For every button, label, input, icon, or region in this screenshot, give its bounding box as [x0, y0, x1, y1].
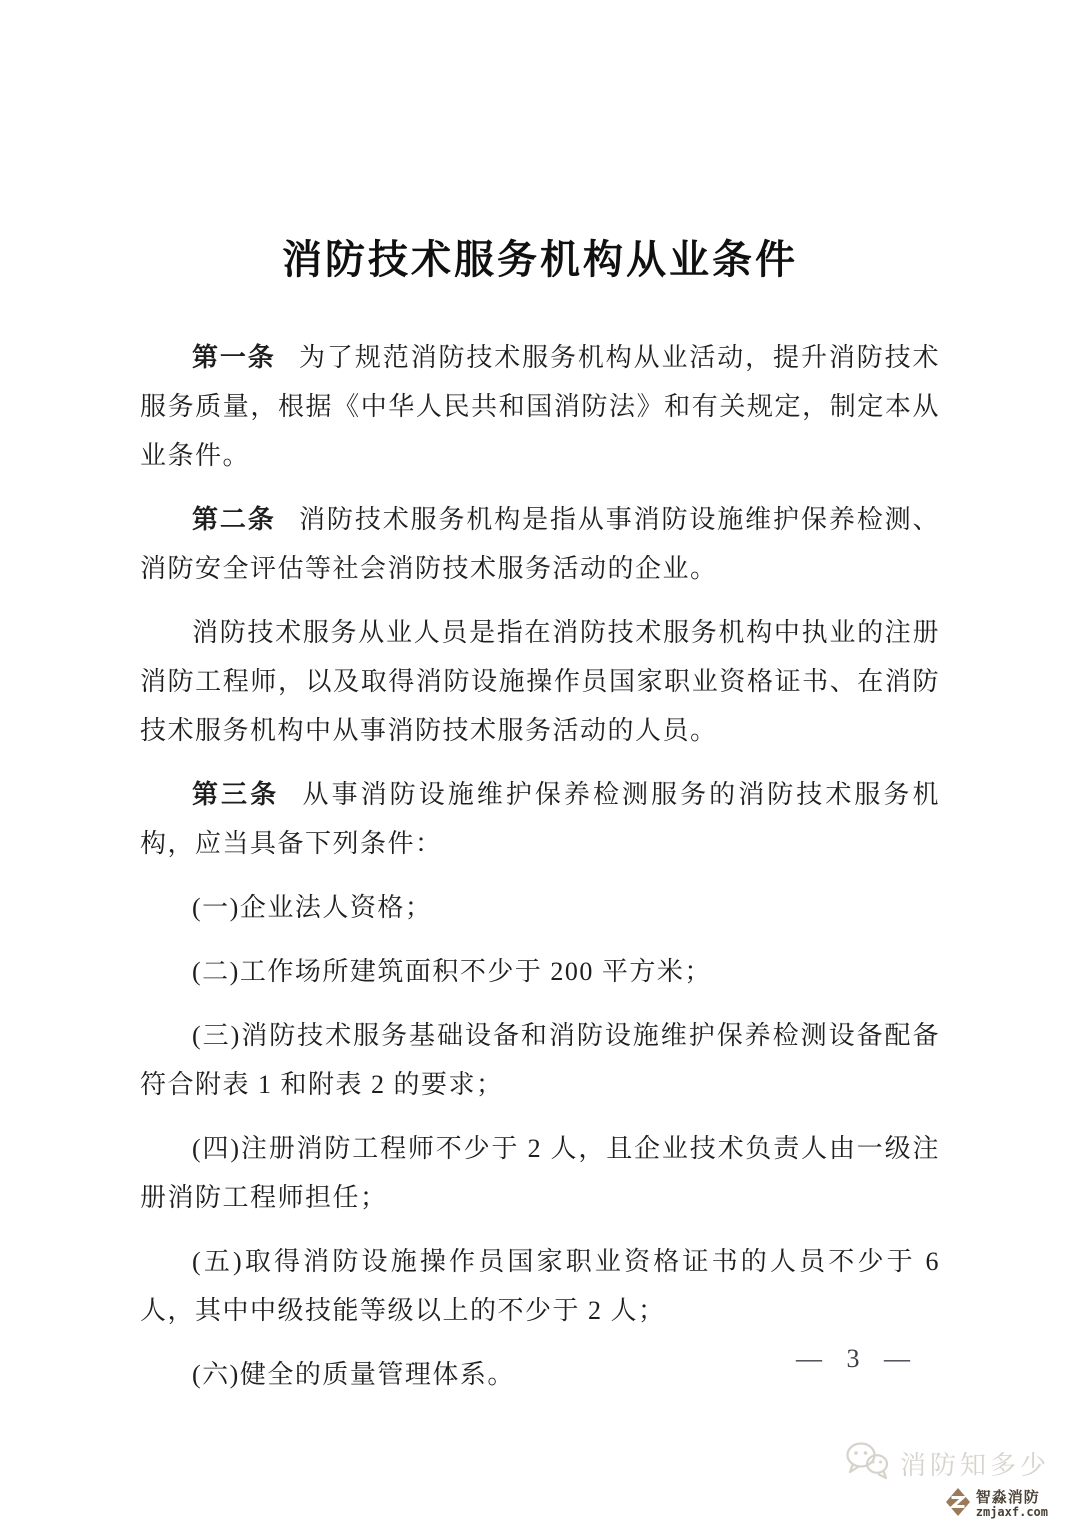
- watermark: 消防知多少 智淼消防 zmjaxf.com: [844, 1440, 1050, 1522]
- brand-name: 智淼消防: [976, 1489, 1048, 1506]
- paragraph-article-2-cont: 消防技术服务从业人员是指在消防技术服务机构中执业的注册消防工程师，以及取得消防设…: [140, 608, 940, 755]
- paragraph-article-3: 第三条从事消防设施维护保养检测服务的消防技术服务机构，应当具备下列条件：: [140, 770, 940, 868]
- paragraph-text: (四)注册消防工程师不少于 2 人，且企业技术负责人由一级注册消防工程师担任；: [140, 1134, 940, 1212]
- wechat-account-name: 消防知多少: [900, 1445, 1050, 1482]
- page-title: 消防技术服务机构从业条件: [0, 228, 1080, 285]
- article-label: 第二条: [192, 504, 276, 534]
- paragraph-text: (五)取得消防设施操作员国家职业资格证书的人员不少于 6 人，其中中级技能等级以…: [140, 1247, 940, 1325]
- list-item-5: (五)取得消防设施操作员国家职业资格证书的人员不少于 6 人，其中中级技能等级以…: [140, 1237, 940, 1335]
- article-label: 第三条: [192, 779, 279, 809]
- paragraph-text: 消防技术服务从业人员是指在消防技术服务机构中执业的注册消防工程师，以及取得消防设…: [140, 618, 940, 745]
- article-label: 第一条: [192, 342, 276, 372]
- paragraph-text: (二)工作场所建筑面积不少于 200 平方米；: [192, 957, 712, 986]
- paragraph-text: (三)消防技术服务基础设备和消防设施维护保养检测设备配备符合附表 1 和附表 2…: [140, 1021, 940, 1099]
- brand-text-block: 智淼消防 zmjaxf.com: [976, 1489, 1048, 1520]
- paragraph-text: (六)健全的质量管理体系。: [192, 1360, 515, 1389]
- list-item-2: (二)工作场所建筑面积不少于 200 平方米；: [140, 947, 940, 996]
- document-page: 消防技术服务机构从业条件 第一条为了规范消防技术服务机构从业活动，提升消防技术服…: [0, 0, 1080, 1528]
- brand-site-url: zmjaxf.com: [976, 1506, 1048, 1520]
- list-item-3: (三)消防技术服务基础设备和消防设施维护保养检测设备配备符合附表 1 和附表 2…: [140, 1011, 940, 1109]
- page-number: — 3 —: [796, 1344, 912, 1374]
- list-item-1: (一)企业法人资格；: [140, 883, 940, 932]
- wechat-watermark-row: 消防知多少: [844, 1440, 1050, 1487]
- paragraph-article-2: 第二条消防技术服务机构是指从事消防设施维护保养检测、消防安全评估等社会消防技术服…: [140, 495, 940, 593]
- wechat-icon: [844, 1440, 890, 1487]
- paragraph-article-1: 第一条为了规范消防技术服务机构从业活动，提升消防技术服务质量，根据《中华人民共和…: [140, 333, 940, 480]
- paragraph-text: (一)企业法人资格；: [192, 893, 432, 922]
- list-item-4: (四)注册消防工程师不少于 2 人，且企业技术负责人由一级注册消防工程师担任；: [140, 1124, 940, 1222]
- brand-watermark-row: 智淼消防 zmjaxf.com: [945, 1487, 1048, 1522]
- document-body: 第一条为了规范消防技术服务机构从业活动，提升消防技术服务质量，根据《中华人民共和…: [140, 333, 940, 1414]
- zhimiao-logo-icon: [945, 1487, 971, 1522]
